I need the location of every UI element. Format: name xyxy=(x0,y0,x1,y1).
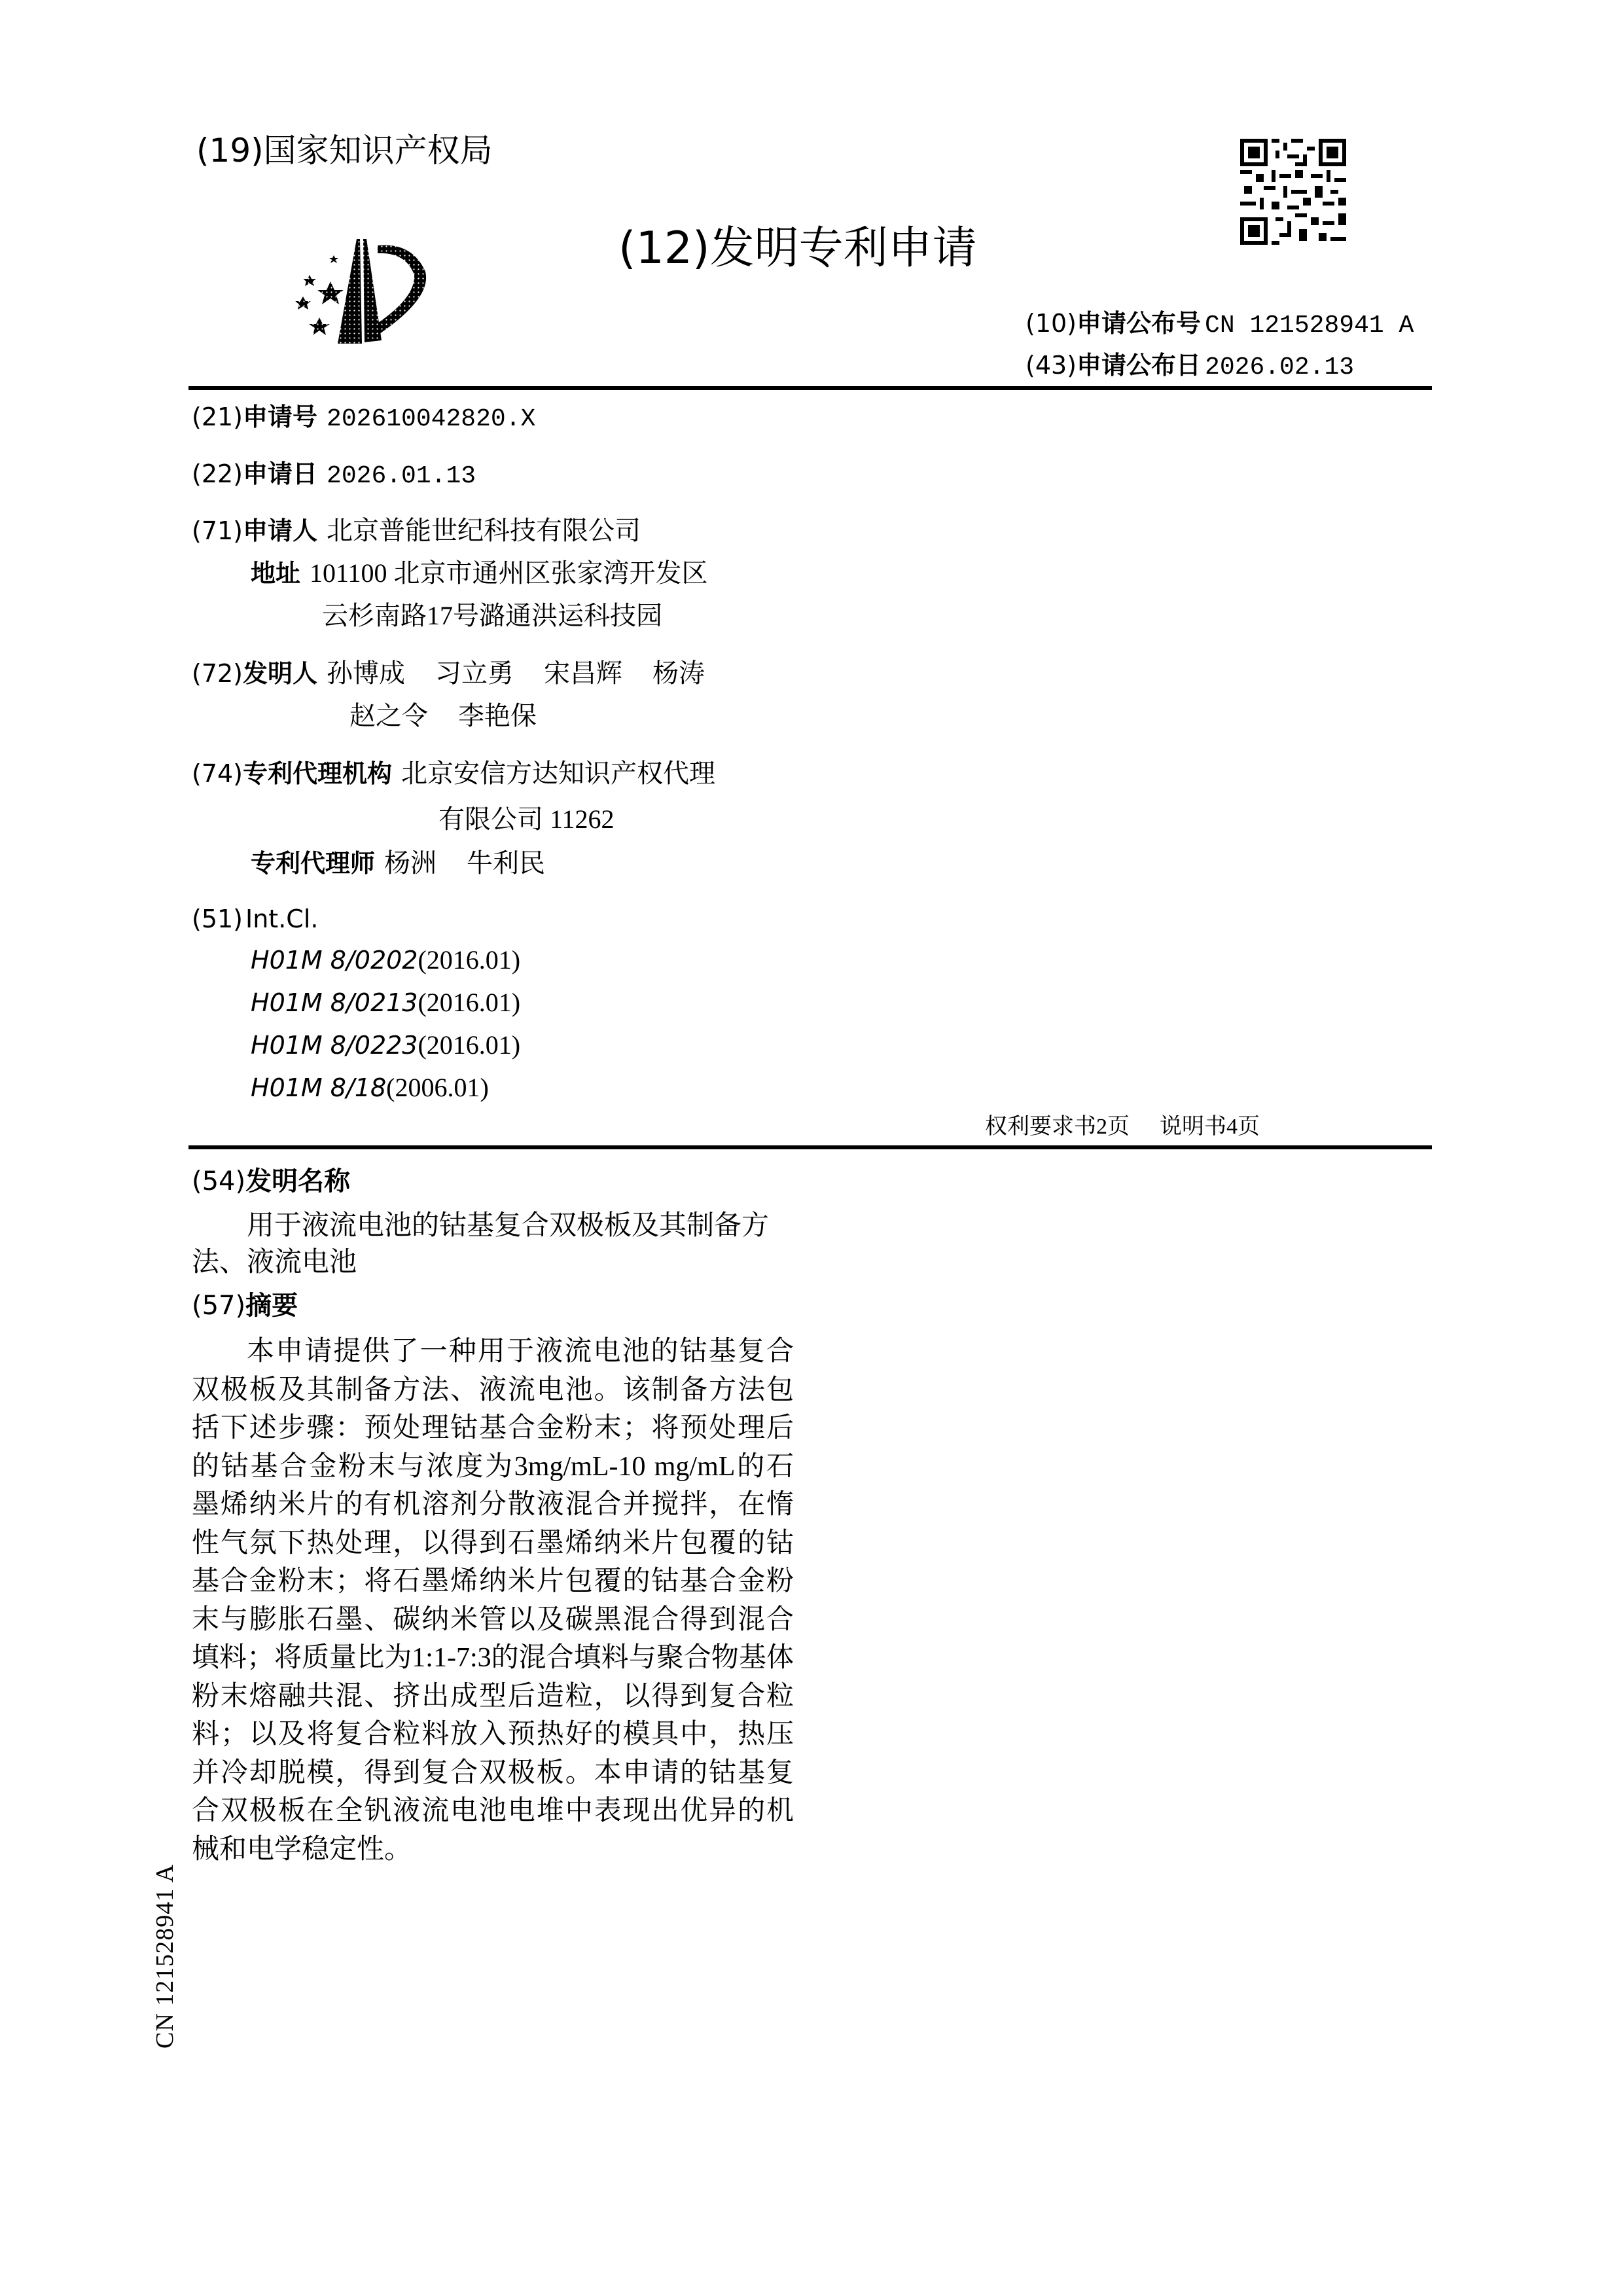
ipc-version: (2016.01) xyxy=(418,988,520,1017)
application-number-field: (21)申请号202610042820.X xyxy=(192,401,535,435)
pub-number-label: 申请公布号 xyxy=(1077,309,1201,338)
inventor-name: 李艳保 xyxy=(458,701,537,730)
ipc-version: (2016.01) xyxy=(418,1030,520,1060)
title-heading: (54)发明名称 xyxy=(192,1165,350,1198)
ipc-field: (51)Int.Cl. xyxy=(192,903,318,935)
doc-type-code: (12) xyxy=(618,223,710,274)
section-label: 摘要 xyxy=(245,1291,298,1321)
application-date-field: (22)申请日2026.01.13 xyxy=(192,458,476,492)
agent-name: 牛利民 xyxy=(467,848,545,878)
application-date-value: 2026.01.13 xyxy=(327,462,476,490)
ipc-code: H01M 8/0223 xyxy=(251,1031,418,1060)
side-publication-id: CN 121528941 A xyxy=(152,1864,178,2049)
applicant-name: 北京普能世纪科技有限公司 xyxy=(327,516,641,545)
inventor-name: 孙博成 xyxy=(327,658,405,688)
field-label: Int.Cl. xyxy=(245,905,318,933)
office-code: (19) xyxy=(196,132,264,170)
field-label: 申请人 xyxy=(243,516,317,545)
header-divider xyxy=(188,386,1432,390)
inventor-name: 习立勇 xyxy=(435,658,514,688)
page-counts: 权利要求书2页说明书4页 xyxy=(985,1113,1260,1141)
biblio-divider xyxy=(188,1145,1432,1149)
pub-number-value: CN 121528941 A xyxy=(1205,312,1414,340)
document-type-title: (12)发明专利申请 xyxy=(618,223,977,275)
field-label: 专利代理机构 xyxy=(243,759,392,788)
field-code: (51) xyxy=(192,905,243,933)
pub-date-label: 申请公布日 xyxy=(1077,351,1201,380)
address-line-2: 云杉南路17号潞通洪运科技园 xyxy=(322,600,662,632)
field-label: 发明人 xyxy=(243,659,317,688)
ipc-class: H01M 8/0223(2016.01) xyxy=(251,1030,520,1062)
abstract-text: 本申请提供了一种用于液流电池的钴基复合双极板及其制备方法、液流电池。该制备方法包… xyxy=(192,1333,794,1869)
qr-code-icon xyxy=(1240,139,1346,245)
agency-name-line-2: 有限公司 11262 xyxy=(438,804,615,835)
applicant-field: (71)申请人北京普能世纪科技有限公司 xyxy=(192,515,641,547)
agent-field: 专利代理师杨洲牛利民 xyxy=(251,848,545,880)
section-code: (57) xyxy=(192,1291,245,1321)
pub-number-code: (10) xyxy=(1026,309,1077,338)
section-label: 发明名称 xyxy=(245,1166,350,1196)
ipc-version: (2006.01) xyxy=(386,1073,489,1102)
doc-type-label: 发明专利申请 xyxy=(710,223,977,274)
agent-name: 杨洲 xyxy=(384,848,437,878)
agency-field: (74)专利代理机构北京安信方达知识产权代理 xyxy=(192,758,715,790)
claims-page-count: 权利要求书2页 xyxy=(985,1115,1130,1139)
address-label: 地址 xyxy=(251,559,300,588)
ipc-class: H01M 8/18(2006.01) xyxy=(251,1072,489,1104)
agency-name: 北京安信方达知识产权代理 xyxy=(401,759,715,788)
inventor-name: 杨涛 xyxy=(652,658,705,688)
application-number-value: 202610042820.X xyxy=(327,405,535,433)
description-page-count: 说明书4页 xyxy=(1160,1115,1260,1139)
pub-date-value: 2026.02.13 xyxy=(1205,353,1354,382)
address-field: 地址101100 北京市通州区张家湾开发区 xyxy=(251,558,708,590)
ipc-code: H01M 8/0213 xyxy=(251,988,418,1017)
inventor-name: 宋昌辉 xyxy=(544,658,622,688)
field-label: 申请号 xyxy=(243,403,317,431)
ipc-class: H01M 8/0202(2016.01) xyxy=(251,944,520,977)
ipc-code: H01M 8/0202 xyxy=(251,946,418,975)
field-label: 申请日 xyxy=(243,459,317,488)
field-code: (74) xyxy=(192,759,243,788)
publication-date-row: (43)申请公布日2026.02.13 xyxy=(1026,350,1354,384)
abstract-heading: (57)摘要 xyxy=(192,1289,298,1322)
address-line-1: 101100 北京市通州区张家湾开发区 xyxy=(310,558,708,588)
invention-title: 用于液流电池的钴基复合双极板及其制备方法、液流电池 xyxy=(192,1208,794,1281)
field-code: (72) xyxy=(192,659,243,688)
field-code: (21) xyxy=(192,403,243,431)
ipc-class: H01M 8/0213(2016.01) xyxy=(251,987,520,1019)
ipc-code: H01M 8/18 xyxy=(251,1073,386,1102)
inventors-line-2: 赵之令李艳保 xyxy=(349,700,537,732)
inventors-field: (72)发明人孙博成习立勇宋昌辉杨涛 xyxy=(192,658,705,690)
field-code: (22) xyxy=(192,459,243,488)
cnipa-logo-icon xyxy=(265,226,435,344)
office-header: (19)国家知识产权局 xyxy=(196,131,493,170)
section-code: (54) xyxy=(192,1166,245,1196)
field-code: (71) xyxy=(192,516,243,545)
ipc-version: (2016.01) xyxy=(418,945,520,975)
pub-date-code: (43) xyxy=(1026,351,1077,380)
office-name: 国家知识产权局 xyxy=(264,132,493,170)
inventor-name: 赵之令 xyxy=(349,701,428,730)
publication-number-row: (10)申请公布号CN 121528941 A xyxy=(1026,308,1414,342)
agent-label: 专利代理师 xyxy=(251,849,375,878)
